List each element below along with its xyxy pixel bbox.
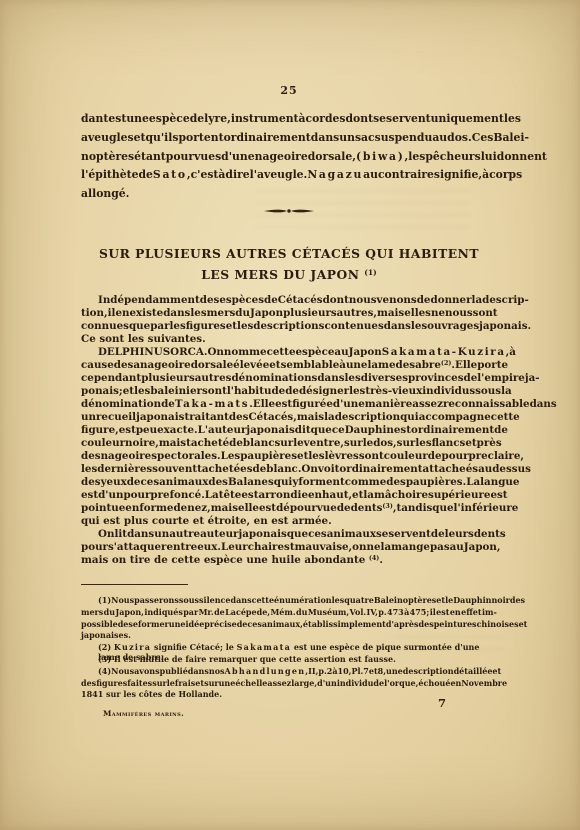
text-line: (4)NousavonspubliédansnosAbhandlungen,II… <box>81 666 497 678</box>
text-line: Ce sont les suivantes. <box>81 333 497 346</box>
series-catchline: Mammifères marins. <box>103 709 184 718</box>
heading-footnote-ref: (1) <box>364 268 377 277</box>
text-line: ponais;etlesbaleiniersontl'habitudededés… <box>81 385 497 398</box>
text-line: (2) Kuzira signifie Cétacé; le Sakamata … <box>81 642 497 654</box>
section-heading-line2: LES MERS DU JAPON (1) <box>81 265 497 288</box>
page-number: 25 <box>81 84 497 97</box>
text-line: dantestuneespècedelyre,instrumentàcordes… <box>81 112 497 131</box>
text-line: aveuglesetqu'ilsportentordinairementdans… <box>81 131 497 150</box>
text-line: lesdernièressouventtachetéesdeblanc.Onvo… <box>81 463 497 476</box>
text-line: figure,estpeuexacte.L'auteurjaponaisditq… <box>81 424 497 437</box>
text-line: IndépendammentdesespècesdeCétacésdontnou… <box>81 294 497 307</box>
text-line: noptèresétantpourvuesd'unenageoiredorsal… <box>81 150 497 169</box>
text-line: dénominationdeTaka-mats.Elleestfiguréed'… <box>81 398 497 411</box>
section-heading-line1: SUR PLUSIEURS AUTRES CÉTACÉS QUI HABITEN… <box>81 244 497 265</box>
text-line: mais on tire de cette espèce une huile a… <box>81 554 497 567</box>
section-heading: SUR PLUSIEURS AUTRES CÉTACÉS QUI HABITEN… <box>81 244 497 287</box>
text-line: desyeuxdecesanimauxdesBalanesquiyforment… <box>81 476 497 489</box>
intro-paragraph: dantestuneespècedelyre,instrumentàcordes… <box>81 112 497 206</box>
text-line: (1)Nouspasseronssoussilencedanscetteénum… <box>81 595 497 607</box>
text-line: possibledeseformeruneidéeprécisedecesani… <box>81 619 497 631</box>
section-divider <box>81 201 497 213</box>
scanned-book-page: 25 dantestuneespècedelyre,instrumentàcor… <box>0 0 580 830</box>
text-line: desnageoirespectorales.Lespaupièresetles… <box>81 450 497 463</box>
footnote-separator-rule <box>81 584 188 585</box>
text-line: causedesanageoiredorsaleélevéeetsemblabl… <box>81 359 497 372</box>
section-heading-line2-text: LES MERS DU JAPON <box>201 267 364 282</box>
fleuron-divider-icon <box>262 206 316 216</box>
colophon-row: Mammifères marins. 7 <box>81 701 497 717</box>
text-line: DELPHINUSORCA.OnnommecetteespèceauJaponS… <box>81 346 497 359</box>
text-line: pointueenformedenez,maiselleestdépourvue… <box>81 502 497 515</box>
text-line: 1841 sur les côtes de Hollande. <box>81 689 497 701</box>
text-line: estd'unpourprefoncé.Latêteestarrondieenh… <box>81 489 497 502</box>
text-line: qui est plus courte et étroite, en est a… <box>81 515 497 528</box>
body-text: IndépendammentdesespècesdeCétacésdontnou… <box>81 294 497 567</box>
text-line: connuesqueparlesfiguresetlesdescriptions… <box>81 320 497 333</box>
footnotes: (1)Nouspasseronssoussilencedanscetteénum… <box>81 595 497 701</box>
text-line: desfiguresfaitessurlefraisetsuruneéchell… <box>81 678 497 690</box>
text-line: Onlitdansunautreauteurjaponaisquecesanim… <box>81 528 497 541</box>
text-line: tion,ilenexistedanslesmersduJaponplusieu… <box>81 307 497 320</box>
text-line: cependantplusieursautresdénominationsdan… <box>81 372 497 385</box>
text-line: pours'attaquerentreeux.Leurchairestmauva… <box>81 541 497 554</box>
text-line: unrecueiljaponaistraitantdesCétacés,mais… <box>81 411 497 424</box>
signature-number: 7 <box>438 696 446 710</box>
text-line: (3) Il est inutile de faire remarquer qu… <box>81 654 497 666</box>
text-line: l'épithètedeSato,c'estàdirel'aveugle.Nag… <box>81 168 497 187</box>
text-line: mersduJapon,indiquésparMr.deLacépede,Mém… <box>81 607 497 619</box>
text-line: japonaises. <box>81 630 497 642</box>
text-line: couleurnoire,maistachetédeblancsurlevent… <box>81 437 497 450</box>
